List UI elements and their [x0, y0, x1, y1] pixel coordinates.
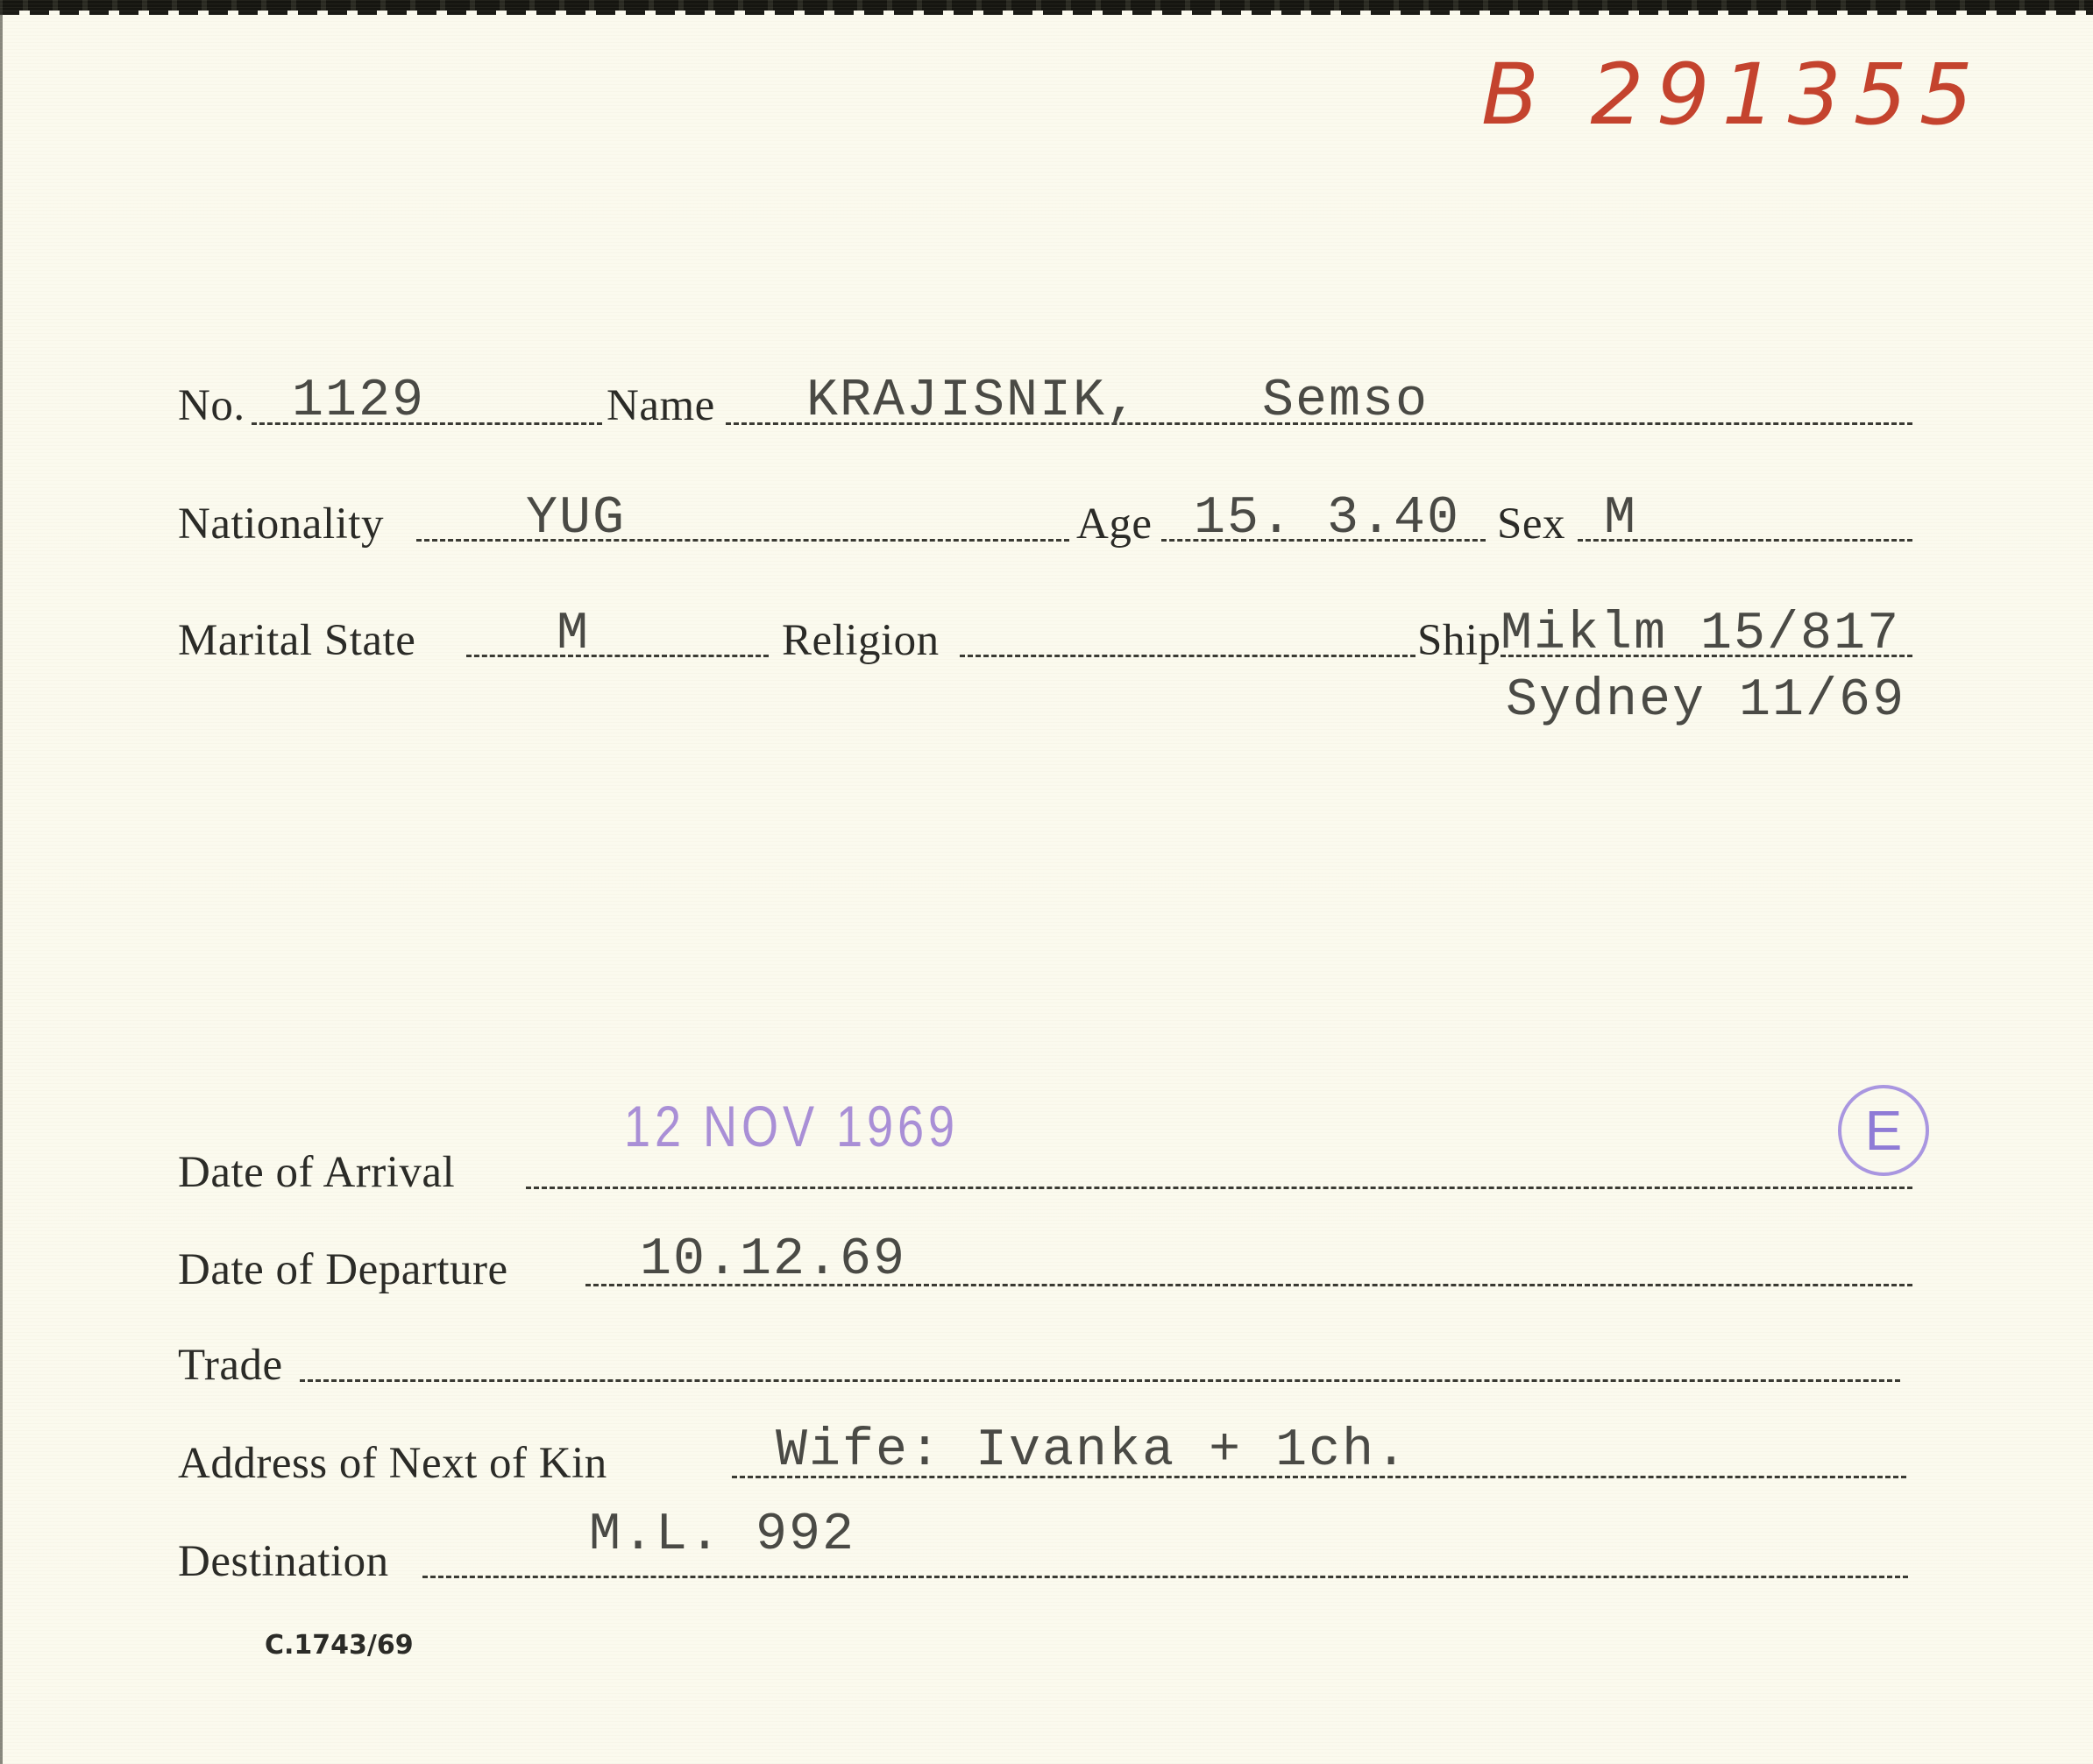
form-code: C.1743/69	[265, 1630, 414, 1661]
name-given-value: Semso	[1262, 375, 1429, 428]
arrival-date-stamp: 12 NOV 1969	[624, 1097, 959, 1155]
next-of-kin-label: Address of Next of Kin	[178, 1442, 607, 1486]
paper-texture	[0, 0, 2093, 1764]
card-left-edge	[0, 0, 3, 1764]
marital-state-value: M	[557, 608, 590, 661]
date-of-arrival-dotted-line	[526, 1187, 1912, 1189]
name-surname-value: KRAJISNIK,	[806, 375, 1139, 428]
age-label: Age	[1076, 502, 1152, 547]
nationality-value: YUG	[526, 492, 626, 545]
no-value: 1129	[292, 375, 425, 428]
religion-dotted-line	[960, 655, 1415, 657]
name-label: Name	[607, 384, 715, 429]
no-label: No.	[178, 384, 245, 429]
perforated-top-edge	[0, 0, 2093, 11]
handwritten-reference-number: B 291355	[1481, 46, 1985, 144]
date-of-arrival-label: Date of Arrival	[178, 1151, 455, 1195]
date-of-departure-value: 10.12.69	[640, 1234, 906, 1286]
trade-dotted-line	[300, 1379, 1900, 1382]
religion-label: Religion	[782, 619, 940, 663]
nationality-label: Nationality	[178, 502, 384, 547]
destination-label: Destination	[178, 1540, 389, 1584]
age-value: 15. 3.40	[1194, 492, 1460, 545]
marital-state-label: Marital State	[178, 619, 415, 663]
date-of-departure-label: Date of Departure	[178, 1248, 508, 1293]
sex-value: M	[1604, 492, 1637, 545]
circled-e-stamp: E	[1838, 1085, 1929, 1176]
nationality-dotted-line	[416, 539, 1069, 542]
ship-value-line1: Miklm 15/817	[1501, 608, 1900, 661]
sex-label: Sex	[1497, 502, 1565, 547]
next-of-kin-value: Wife: Ivanka + 1ch.	[776, 1425, 1408, 1477]
trade-label: Trade	[178, 1343, 283, 1388]
circled-e-letter: E	[1865, 1098, 1903, 1163]
ship-value-line2: Sydney 11/69	[1506, 675, 1905, 727]
destination-value: M.L. 992	[589, 1509, 855, 1562]
destination-dotted-line	[422, 1576, 1908, 1578]
marital-state-dotted-line	[466, 655, 769, 657]
ship-label: Ship	[1417, 619, 1501, 663]
